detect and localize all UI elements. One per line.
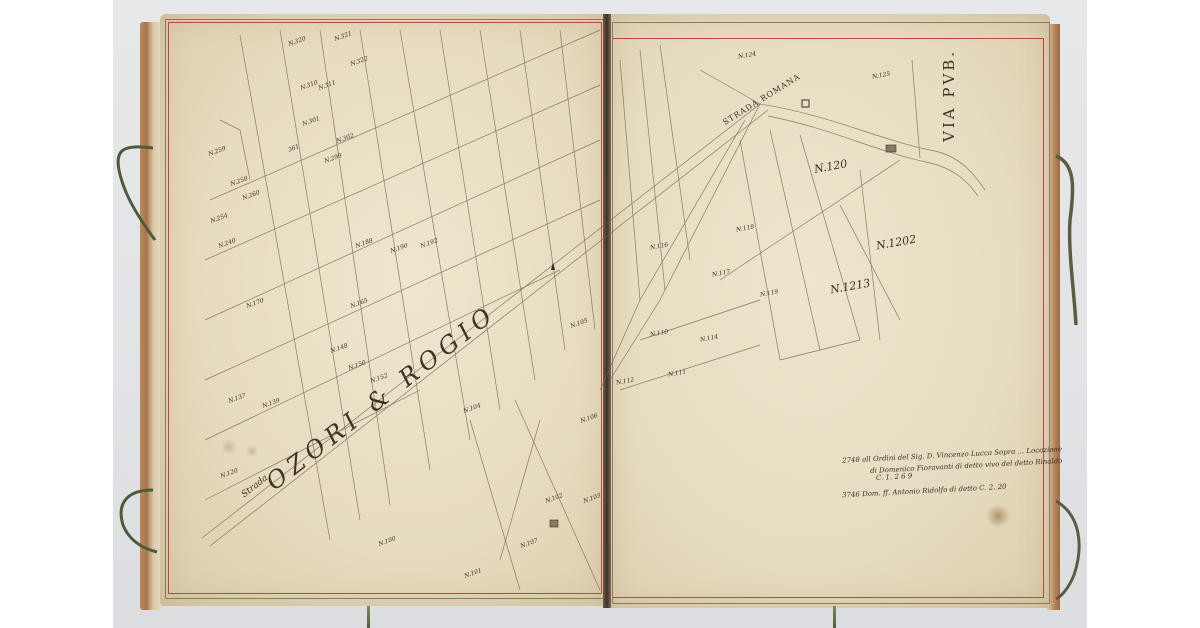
bookmark-ribbon: [367, 606, 370, 628]
paper-stain: [220, 440, 238, 454]
building-icon: [550, 520, 558, 527]
building-icon: [802, 100, 809, 107]
building-icon: [886, 145, 896, 152]
paper-stain: [985, 505, 1011, 527]
paper-stain: [245, 445, 259, 457]
bookmark-ribbon: [833, 606, 836, 628]
map-linework: [0, 0, 1200, 628]
road-label-via-publica: VIA PVB.: [940, 49, 958, 142]
